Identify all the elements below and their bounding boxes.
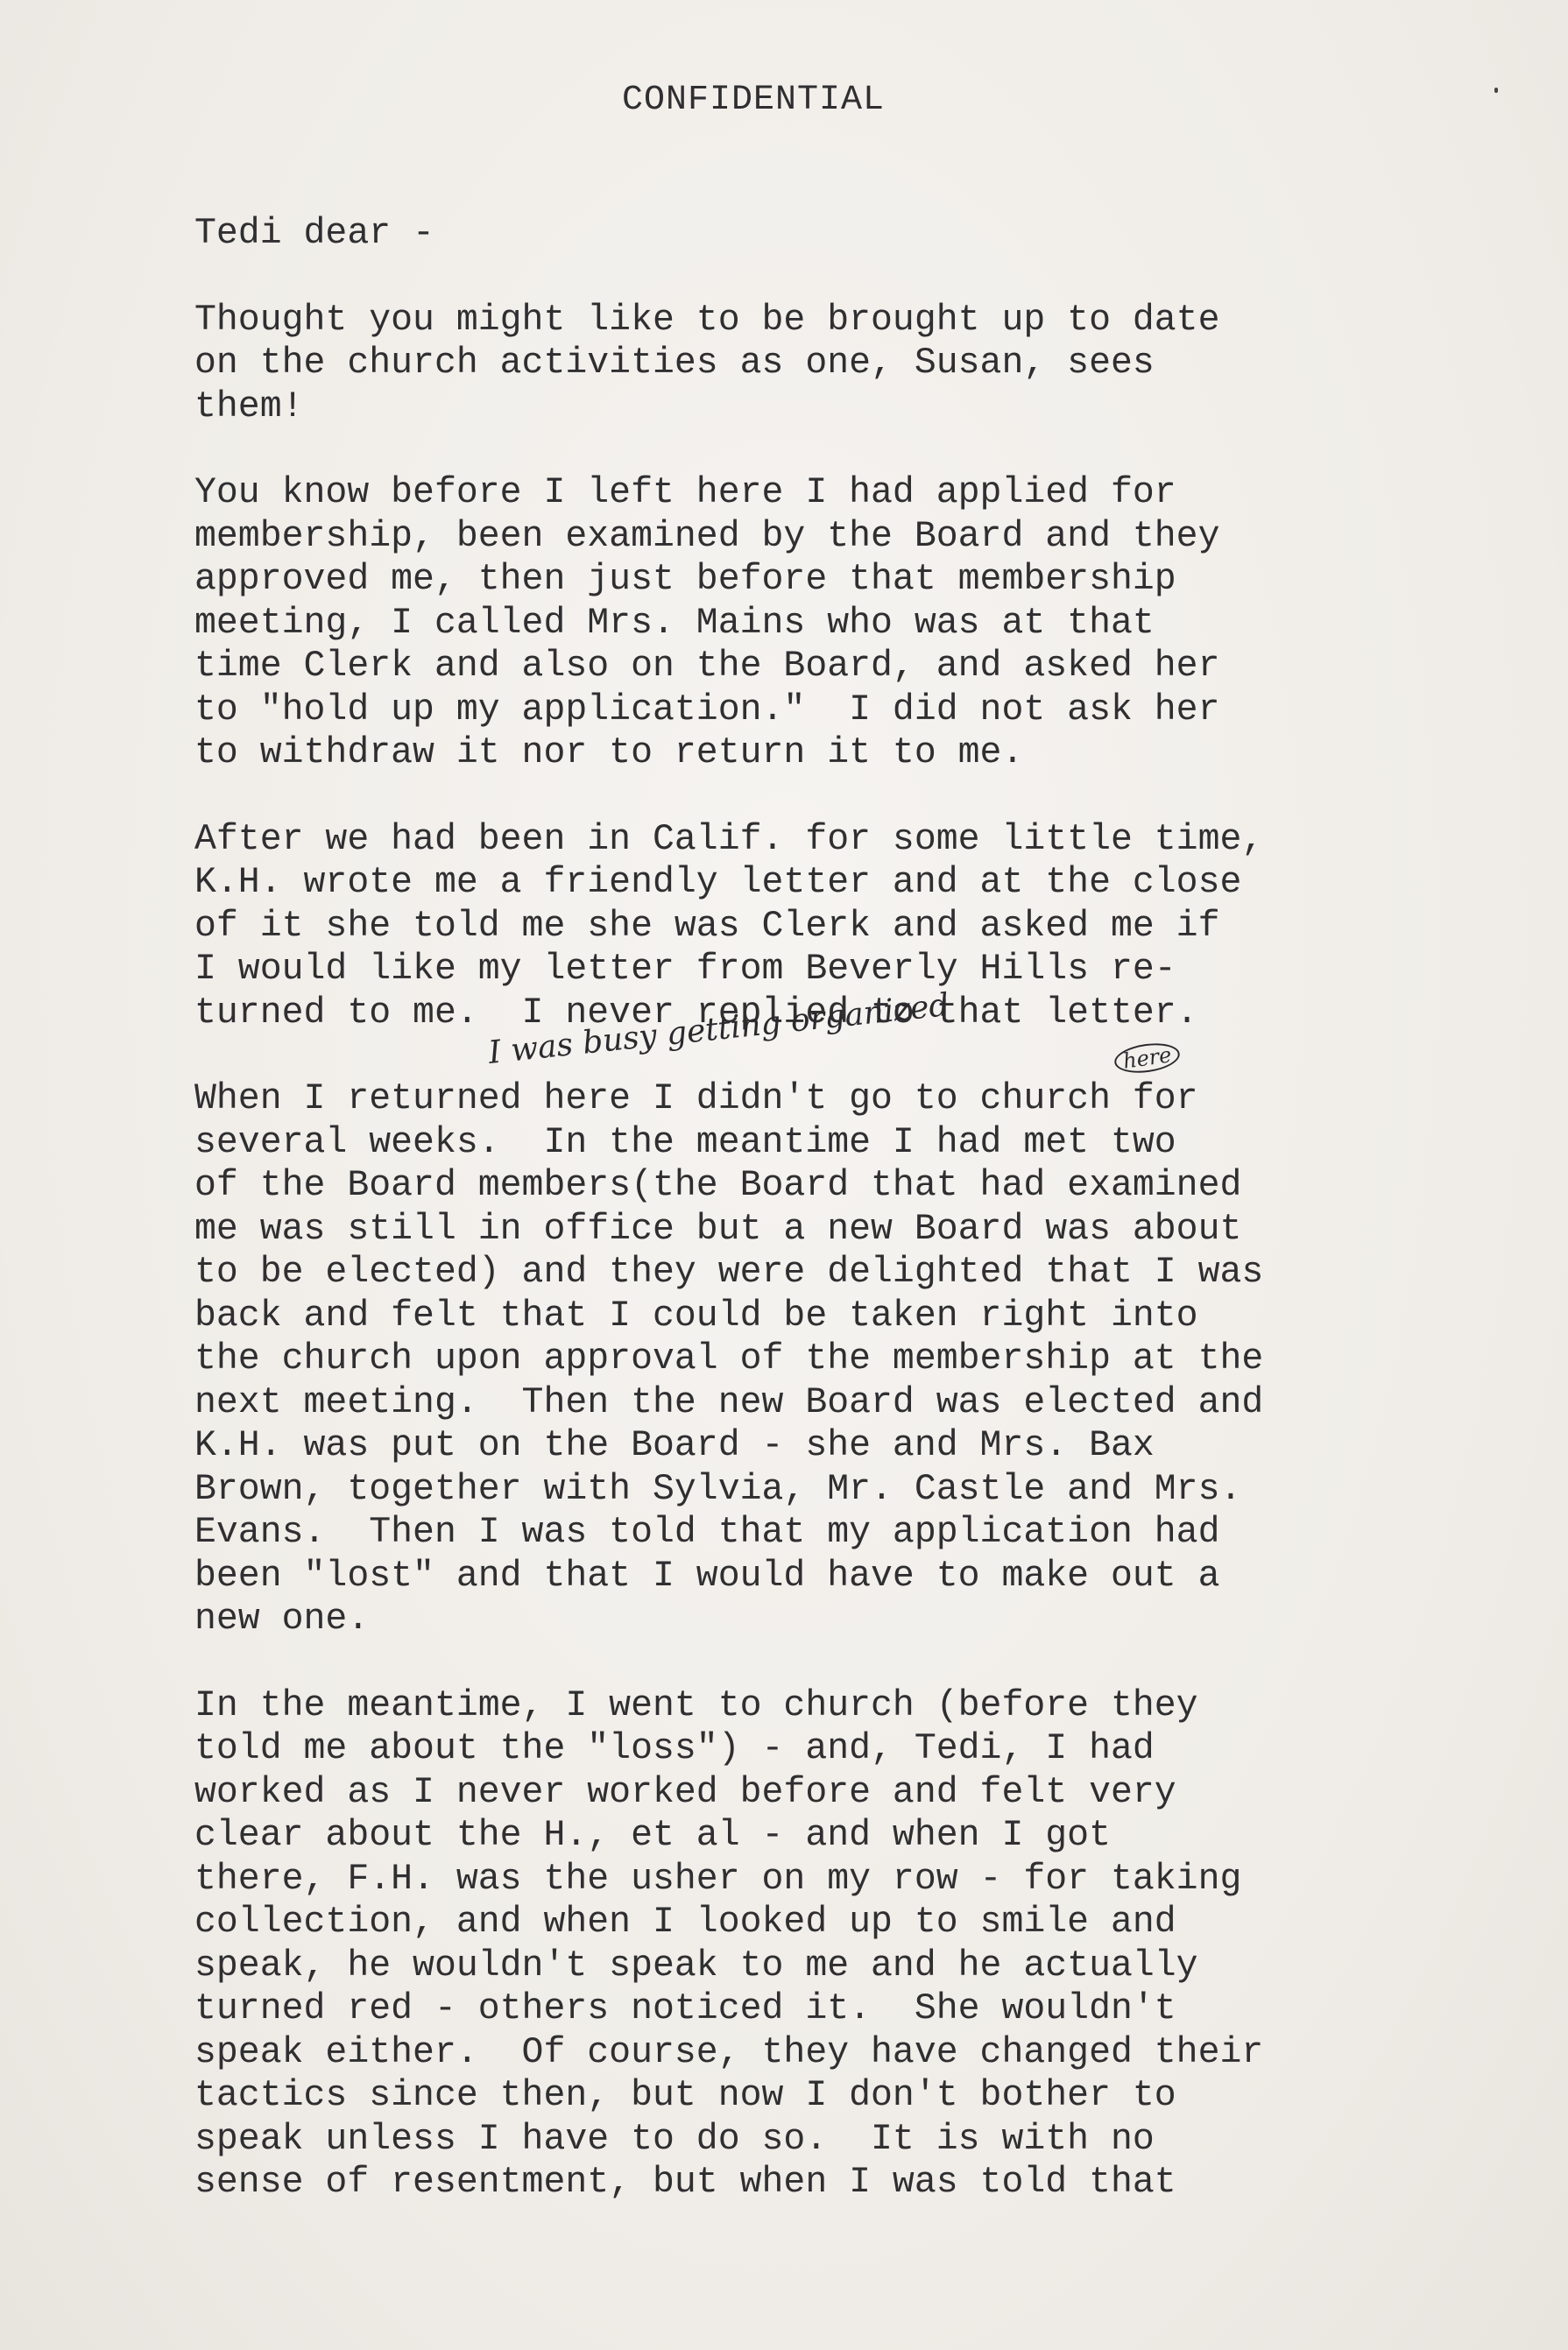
text-line: new one. — [194, 1598, 1508, 1641]
text-line: Brown, together with Sylvia, Mr. Castle … — [194, 1468, 1508, 1512]
paragraph-1: Thought you might like to be brought up … — [194, 299, 1508, 429]
text-line: to withdraw it nor to return it to me. — [194, 731, 1508, 775]
salutation: Tedi dear - — [194, 212, 1508, 256]
text-line: on the church activities as one, Susan, … — [194, 342, 1508, 385]
paragraph-4: When I returned here I didn't go to chur… — [194, 1077, 1508, 1641]
text-line: the church upon approval of the membersh… — [194, 1337, 1508, 1381]
paragraph-2: You know before I left here I had applie… — [194, 471, 1508, 775]
text-line: I would like my letter from Beverly Hill… — [194, 948, 1508, 992]
text-line: meeting, I called Mrs. Mains who was at … — [194, 602, 1508, 646]
text-line: After we had been in Calif. for some lit… — [194, 818, 1508, 862]
text-line: told me about the "loss") - and, Tedi, I… — [194, 1727, 1508, 1771]
corner-mark — [1494, 88, 1498, 93]
text-line: of it she told me she was Clerk and aske… — [194, 905, 1508, 949]
text-line: In the meantime, I went to church (befor… — [194, 1684, 1508, 1728]
text-line: When I returned here I didn't go to chur… — [194, 1077, 1508, 1121]
text-line: worked as I never worked before and felt… — [194, 1771, 1508, 1815]
text-line: sense of resentment, but when I was told… — [194, 2161, 1508, 2205]
text-line: You know before I left here I had applie… — [194, 471, 1508, 515]
text-line: approved me, then just before that membe… — [194, 558, 1508, 602]
text-line: tactics since then, but now I don't both… — [194, 2074, 1508, 2118]
text-line: to be elected) and they were delighted t… — [194, 1251, 1508, 1295]
text-line: next meeting. Then the new Board was ele… — [194, 1381, 1508, 1425]
text-line: speak unless I have to do so. It is with… — [194, 2118, 1508, 2162]
text-line: to "hold up my application." I did not a… — [194, 688, 1508, 732]
text-line: membership, been examined by the Board a… — [194, 515, 1508, 559]
text-line: them! — [194, 385, 1508, 429]
text-line: time Clerk and also on the Board, and as… — [194, 645, 1508, 688]
text-line: speak either. Of course, they have chang… — [194, 2031, 1508, 2075]
text-line: been "lost" and that I would have to mak… — [194, 1555, 1508, 1598]
text-line: K.H. wrote me a friendly letter and at t… — [194, 861, 1508, 905]
paragraph-5: In the meantime, I went to church (befor… — [194, 1684, 1508, 2205]
text-line: clear about the H., et al - and when I g… — [194, 1814, 1508, 1858]
text-line: speak, he wouldn't speak to me and he ac… — [194, 1944, 1508, 1988]
letter-page: CONFIDENTIAL Tedi dear - Thought you mig… — [0, 0, 1568, 2350]
text-line: of the Board members(the Board that had … — [194, 1164, 1508, 1208]
text-line: K.H. was put on the Board - she and Mrs.… — [194, 1424, 1508, 1468]
text-line: several weeks. In the meantime I had met… — [194, 1121, 1508, 1165]
text-line: there, F.H. was the usher on my row - fo… — [194, 1858, 1508, 1902]
confidential-heading: CONFIDENTIAL — [0, 81, 1507, 120]
text-line: Evans. Then I was told that my applicati… — [194, 1511, 1508, 1555]
text-line: me was still in office but a new Board w… — [194, 1208, 1508, 1252]
text-line: back and felt that I could be taken righ… — [194, 1295, 1508, 1338]
letter-body: Tedi dear - Thought you might like to be… — [194, 212, 1508, 2205]
text-line: Thought you might like to be brought up … — [194, 299, 1508, 342]
text-line: collection, and when I looked up to smil… — [194, 1901, 1508, 1944]
text-line: turned red - others noticed it. She woul… — [194, 1987, 1508, 2031]
